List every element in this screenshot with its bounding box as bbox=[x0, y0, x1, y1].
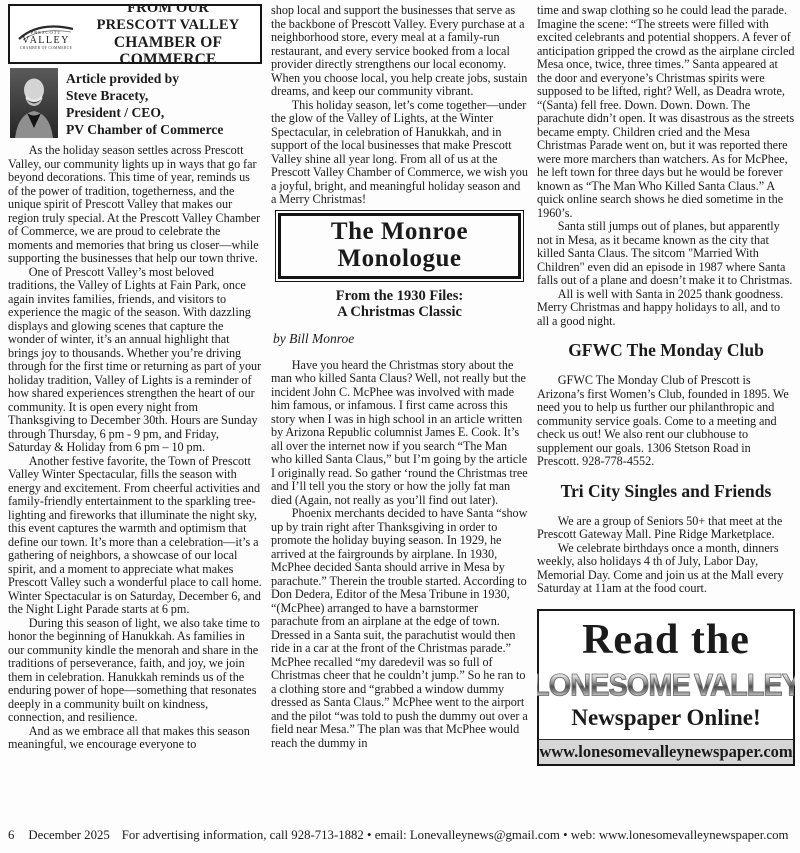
column-right: time and swap clothing so he could lead … bbox=[537, 4, 795, 824]
article-paragraph: Have you heard the Christmas story about… bbox=[271, 359, 528, 508]
chamber-header-line-1: FROM OUR bbox=[79, 4, 257, 17]
byline-line-2: Steve Bracety, bbox=[66, 87, 223, 104]
article-paragraph: We celebrate birthdays once a month, din… bbox=[537, 542, 795, 596]
lonesome-valley-ad: Read the LONESOME VALLEY Newspaper Onlin… bbox=[537, 609, 795, 766]
article-paragraph: shop local and support the businesses th… bbox=[271, 4, 528, 99]
ad-subline: Newspaper Online! bbox=[539, 705, 793, 731]
byline-line-3: President / CEO, bbox=[66, 104, 223, 121]
ad-website-url: www.lonesomevalleynewspaper.com bbox=[539, 739, 793, 764]
article-paragraph: We are a group of Seniors 50+ that meet … bbox=[537, 515, 795, 542]
byline-line-4: PV Chamber of Commerce bbox=[66, 121, 223, 138]
article-paragraph: During this season of light, we also tak… bbox=[8, 617, 262, 725]
column-left: PRESCOTT VALLEY CHAMBER OF COMMERCE FROM… bbox=[8, 4, 262, 824]
article-paragraph: All is well with Santa in 2025 thank goo… bbox=[537, 288, 795, 329]
author-portrait-icon bbox=[10, 68, 58, 138]
page-number: 6 bbox=[8, 827, 14, 843]
ad-brand-word-lonesome: LONESOME bbox=[537, 669, 690, 701]
article-paragraph: Phoenix merchants decided to have Santa … bbox=[271, 507, 528, 750]
author-byline-box: Article provided by Steve Bracety, Presi… bbox=[10, 68, 262, 138]
logo-chamber-text: CHAMBER OF COMMERCE bbox=[13, 47, 79, 51]
page-footer: 6 December 2025 For advertising informat… bbox=[8, 827, 796, 843]
author-photo bbox=[10, 68, 58, 138]
monroe-title-line-2: Monologue bbox=[281, 245, 518, 272]
byline-line-1: Article provided by bbox=[66, 70, 223, 87]
monroe-monologue-title: The Monroe Monologue bbox=[278, 213, 521, 279]
monroe-title-line-1: The Monroe bbox=[281, 218, 518, 245]
chamber-header-box: PRESCOTT VALLEY CHAMBER OF COMMERCE FROM… bbox=[8, 4, 262, 64]
article-paragraph: And as we embrace all that makes this se… bbox=[8, 725, 262, 752]
chamber-header-line-3: CHAMBER OF COMMERCE bbox=[79, 34, 257, 68]
monroe-author-byline: by Bill Monroe bbox=[273, 331, 528, 347]
chamber-logo: PRESCOTT VALLEY CHAMBER OF COMMERCE bbox=[13, 17, 79, 50]
article-paragraph: time and swap clothing so he could lead … bbox=[537, 4, 795, 220]
ad-brand-logo: LONESOME VALLEY bbox=[541, 669, 791, 701]
monroe-subtitle-line-1: From the 1930 Files: bbox=[271, 288, 528, 305]
article-paragraph: This holiday season, let’s come together… bbox=[271, 99, 528, 207]
author-byline-text: Article provided by Steve Bracety, Presi… bbox=[66, 68, 223, 138]
logo-valley-text: VALLEY bbox=[13, 36, 79, 46]
tri-city-section-heading: Tri City Singles and Friends bbox=[537, 482, 795, 501]
monroe-subtitle: From the 1930 Files: A Christmas Classic bbox=[271, 288, 528, 321]
article-paragraph: GFWC The Monday Club of Prescott is Ariz… bbox=[537, 374, 795, 469]
article-paragraph: Another festive favorite, the Town of Pr… bbox=[8, 455, 262, 617]
chamber-header-title: FROM OUR PRESCOTT VALLEY CHAMBER OF COMM… bbox=[79, 4, 257, 68]
monroe-subtitle-line-2: A Christmas Classic bbox=[271, 304, 528, 321]
article-paragraph: One of Prescott Valley’s most beloved tr… bbox=[8, 266, 262, 455]
chamber-header-line-2: PRESCOTT VALLEY bbox=[79, 17, 257, 34]
footer-contact-info: For advertising information, call 928-71… bbox=[122, 827, 789, 843]
ad-headline: Read the bbox=[539, 617, 793, 663]
monroe-monologue-title-box: The Monroe Monologue bbox=[275, 210, 524, 282]
column-middle: shop local and support the businesses th… bbox=[271, 4, 528, 824]
article-paragraph: Santa still jumps out of planes, but app… bbox=[537, 220, 795, 288]
footer-date: December 2025 bbox=[28, 827, 109, 843]
article-paragraph: As the holiday season settles across Pre… bbox=[8, 144, 262, 266]
ad-brand-word-valley: VALLEY bbox=[694, 669, 795, 701]
gfwc-section-heading: GFWC The Monday Club bbox=[537, 341, 795, 360]
